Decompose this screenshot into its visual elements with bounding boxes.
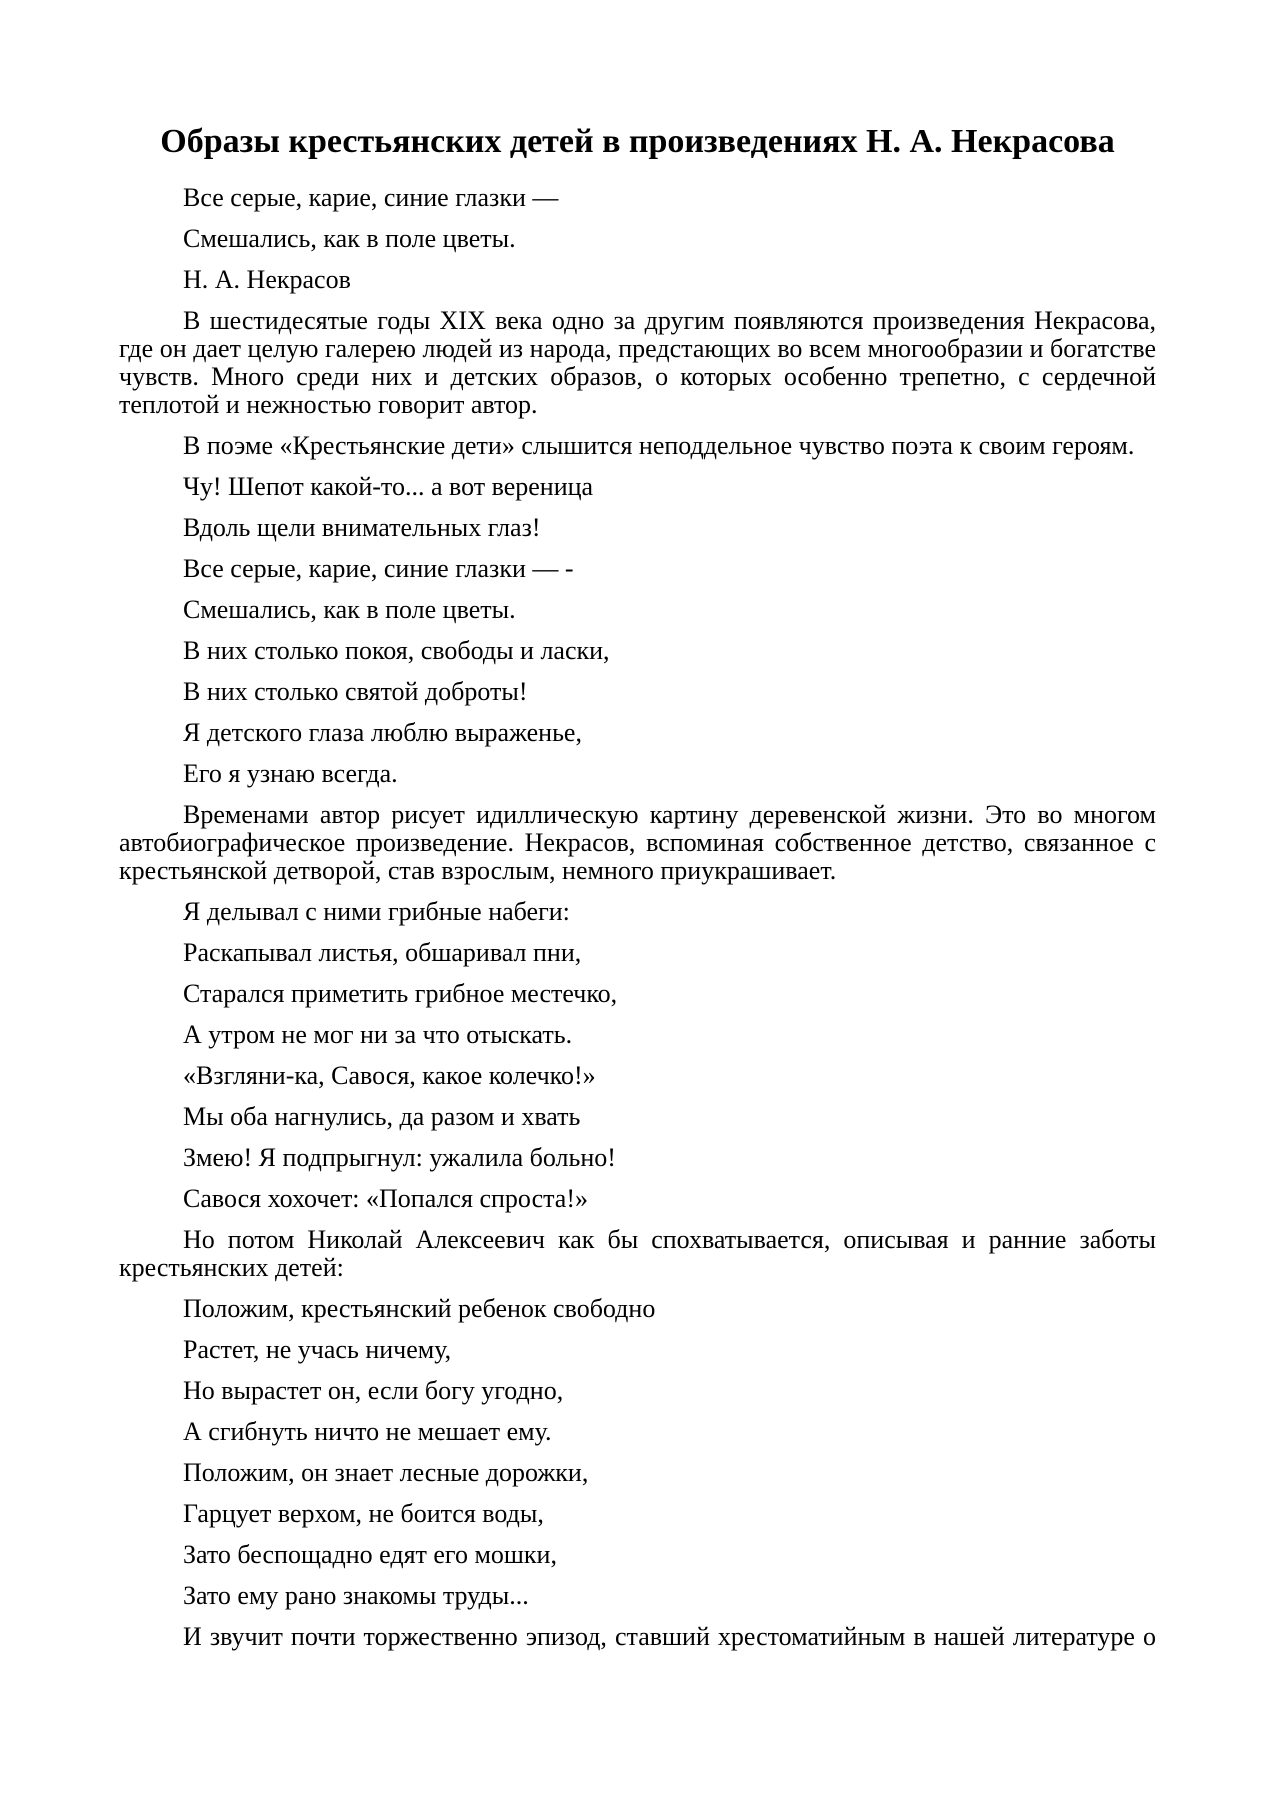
verse-line: Зато беспощадно едят его мошки, xyxy=(119,1541,1156,1569)
verse-line: Положим, крестьянский ребенок свободно xyxy=(119,1295,1156,1323)
verse-line: Вдоль щели внимательных глаз! xyxy=(119,514,1156,542)
verse-line: Мы оба нагнулись, да разом и хвать xyxy=(119,1103,1156,1131)
verse-line: Чу! Шепот какой-то... а вот вереница xyxy=(119,473,1156,501)
verse-line: В них столько святой доброты! xyxy=(119,678,1156,706)
body-paragraph: В поэме «Крестьянские дети» слышится неп… xyxy=(119,432,1156,460)
body-paragraph: Но потом Николай Алексеевич как бы спохв… xyxy=(119,1226,1156,1282)
verse-line: Все серые, карие, синие глазки — - xyxy=(119,555,1156,583)
epigraph-line: Все серые, карие, синие глазки — xyxy=(119,184,1156,212)
verse-line: Гарцует верхом, не боится воды, xyxy=(119,1500,1156,1528)
verse-line: Савося хохочет: «Попался спроста!» xyxy=(119,1185,1156,1213)
epigraph-attribution: Н. А. Некрасов xyxy=(119,266,1156,294)
body-paragraph: В шестидесятые годы XIX века одно за дру… xyxy=(119,307,1156,419)
verse-line: «Взгляни-ка, Савося, какое колечко!» xyxy=(119,1062,1156,1090)
document-page: Образы крестьянских детей в произведения… xyxy=(0,0,1280,1811)
verse-line: Растет, не учась ничему, xyxy=(119,1336,1156,1364)
verse-line: Его я узнаю всегда. xyxy=(119,760,1156,788)
body-paragraph: Временами автор рисует идиллическую карт… xyxy=(119,801,1156,885)
verse-line: В них столько покоя, свободы и ласки, xyxy=(119,637,1156,665)
body-paragraph-continued: И звучит почти торжественно эпизод, став… xyxy=(119,1623,1156,1651)
epigraph-line: Смешались, как в поле цветы. xyxy=(119,225,1156,253)
verse-line: Положим, он знает лесные дорожки, xyxy=(119,1459,1156,1487)
verse-line: Смешались, как в поле цветы. xyxy=(119,596,1156,624)
verse-line: Зато ему рано знакомы труды... xyxy=(119,1582,1156,1610)
verse-line: Старался приметить грибное местечко, xyxy=(119,980,1156,1008)
verse-line: Я детского глаза люблю выраженье, xyxy=(119,719,1156,747)
verse-line: Змею! Я подпрыгнул: ужалила больно! xyxy=(119,1144,1156,1172)
verse-line: Я делывал с ними грибные набеги: xyxy=(119,898,1156,926)
verse-line: А утром не мог ни за что отыскать. xyxy=(119,1021,1156,1049)
document-title: Образы крестьянских детей в произведения… xyxy=(119,120,1156,164)
verse-line: Но вырастет он, если богу угодно, xyxy=(119,1377,1156,1405)
verse-line: А сгибнуть ничто не мешает ему. xyxy=(119,1418,1156,1446)
verse-line: Раскапывал листья, обшаривал пни, xyxy=(119,939,1156,967)
